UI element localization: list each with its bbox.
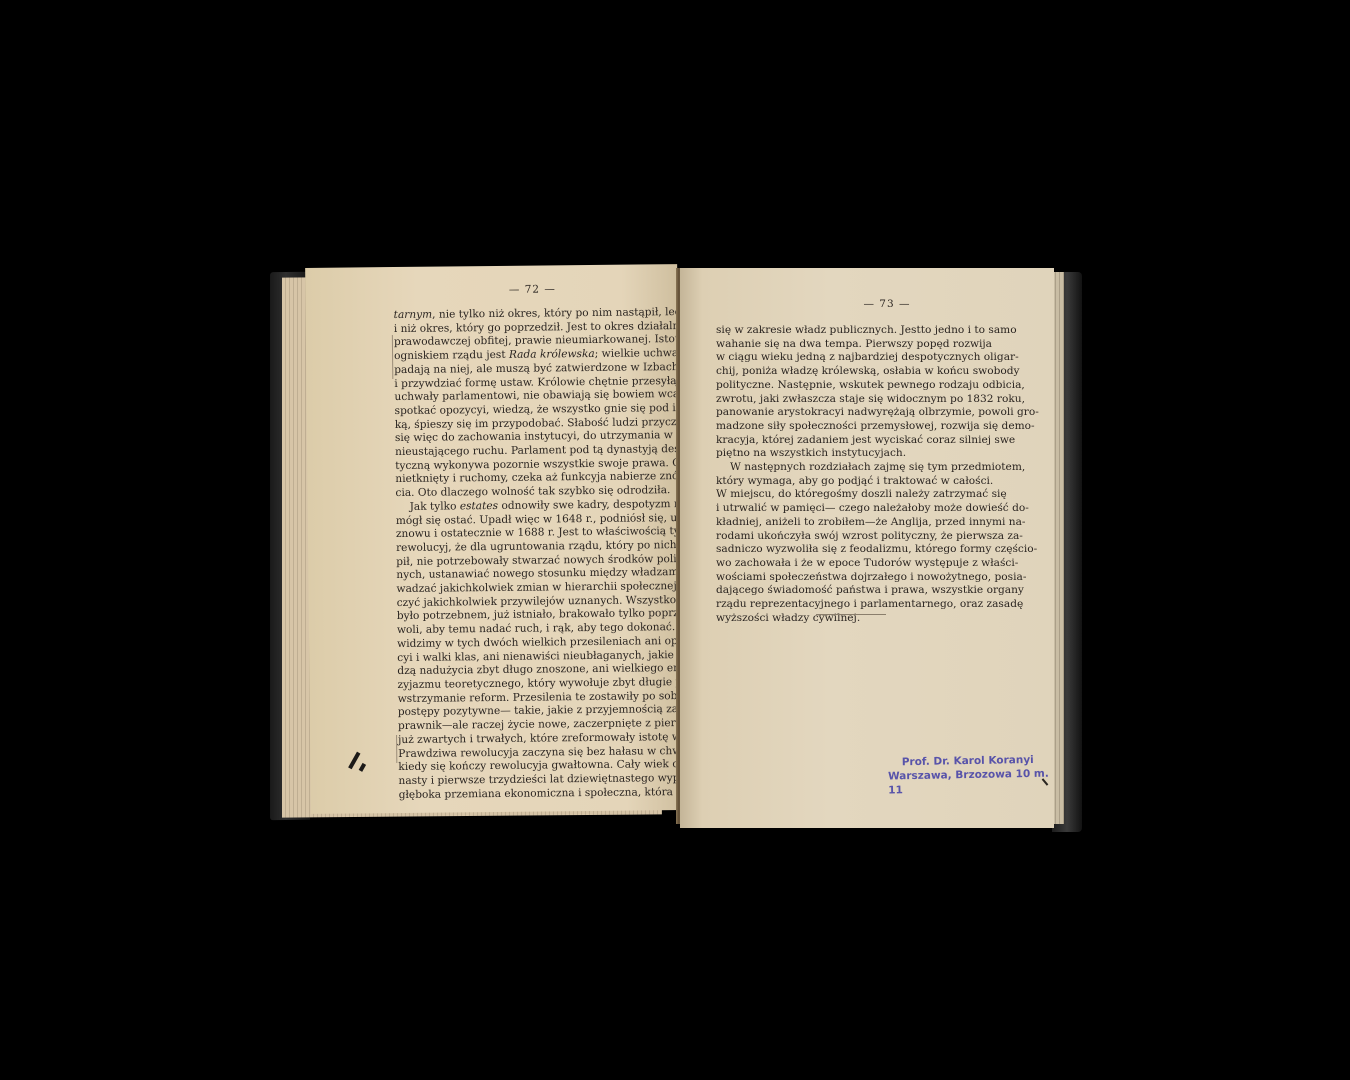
right-page: — 73 — się w zakresie władz publicznych.… (680, 268, 1054, 828)
text-line: polityczne. Następnie, wskutek pewnego r… (716, 379, 984, 393)
open-book: — 72 — tarnym, nie tylko niż okres, któr… (270, 262, 1082, 834)
text-line: kracyja, której zadaniem jest wyciskać c… (716, 434, 984, 448)
text-line: się w zakresie władz publicznych. Jestto… (716, 324, 984, 338)
page-number-left: — 72 — (397, 282, 667, 297)
stamp-address: Warszawa, Brzozowa 10 m. 11 (888, 767, 1054, 798)
page-number-right: — 73 — (730, 298, 1044, 310)
text-line: wo zachowała i że w epoce Tudorów występ… (716, 557, 984, 571)
right-page-body-text: się w zakresie władz publicznych. Jestto… (716, 324, 984, 625)
text-line: zwrotu, jaki zwłaszcza staje się widoczn… (716, 393, 984, 407)
text-line: wościami społeczeństwa dojrzałego i nowo… (716, 571, 984, 585)
text-line: sadniczo wyzwoliła się z feodalizmu, któ… (716, 543, 984, 557)
text-line: wahanie się na dwa tempa. Pierwszy popęd… (716, 338, 984, 352)
text-line: chij, poniża władzę królewską, osłabia w… (716, 365, 984, 379)
text-line: madzone siły społeczności przemysłowej, … (716, 420, 984, 434)
text-line: w ciągu wieku jedną z najbardziej despot… (716, 351, 984, 365)
text-line: głęboka przemiana ekonomiczna i społeczn… (399, 786, 659, 802)
text-line: panowanie arystokracyi nadwyrężają olbrz… (716, 406, 984, 420)
ink-mark (348, 752, 360, 770)
left-page: — 72 — tarnym, nie tylko niż okres, któr… (305, 264, 683, 814)
text-line: dającego świadomość państwa i prawa, wsz… (716, 584, 984, 598)
text-line: W miejscu, do któregośmy doszli należy z… (716, 488, 984, 502)
left-page-body-text: tarnym, nie tylko niż okres, który po ni… (394, 306, 659, 802)
section-end-rule (816, 614, 886, 615)
text-line: rodami ukończyła swój wzrost polityczny,… (716, 530, 984, 544)
text-line: i utrwalić w pamięci— czego należałoby m… (716, 502, 984, 516)
text-line: W następnych rozdziałach zajmę się tym p… (716, 461, 984, 475)
text-line: rządu reprezentacyjnego i parlamentarneg… (716, 598, 984, 612)
text-line: piętno na wszystkich instytucyjach. (716, 447, 984, 461)
owner-stamp: Prof. Dr. Karol Koranyi Warszawa, Brzozo… (888, 753, 1055, 798)
text-line: kładniej, aniżeli to zrobiłem—że Anglija… (716, 516, 984, 530)
ink-mark (359, 763, 366, 772)
text-line: który wymaga, aby go podjąć i traktować … (716, 475, 984, 489)
